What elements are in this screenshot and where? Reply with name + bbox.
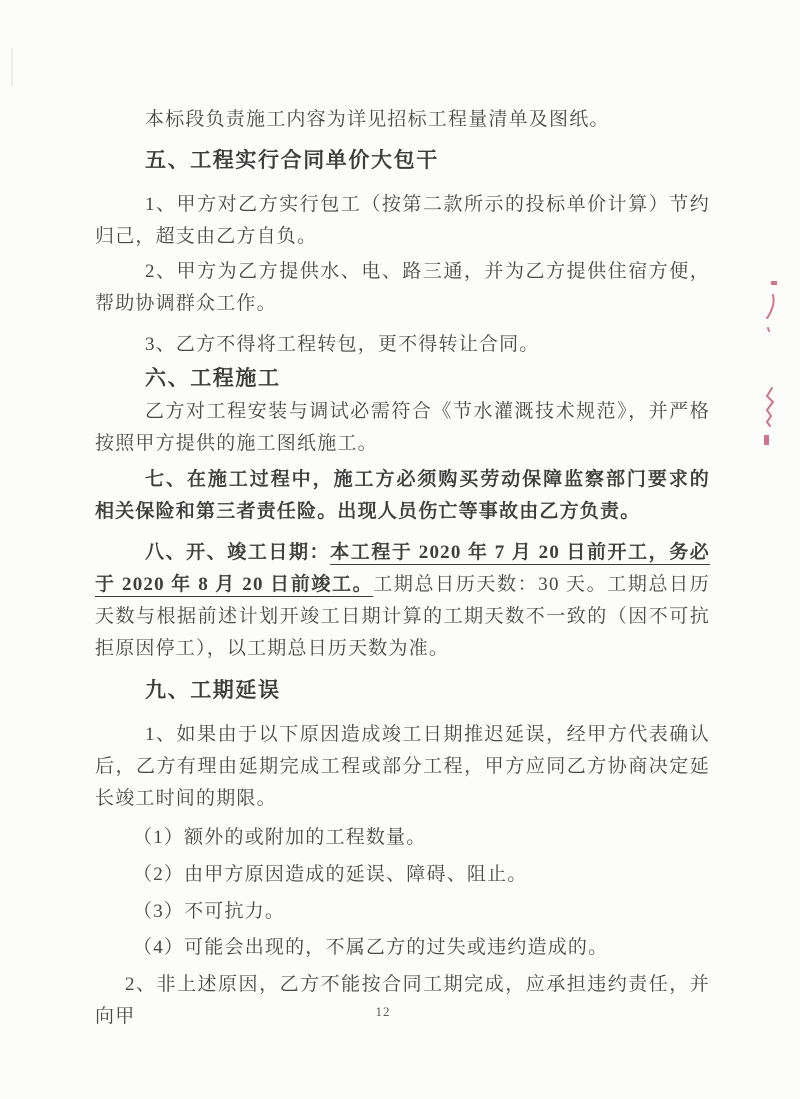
clause-9-para-1: 1、如果由于以下原因造成竣工日期推迟延误，经甲方代表确认后，乙方有理由延期完成工…	[95, 719, 710, 815]
scan-artifact-line	[11, 48, 13, 86]
red-ink-marks	[745, 272, 790, 457]
delay-cause-2: （2）由甲方原因造成的延误、障碍、阻止。	[95, 859, 710, 891]
scanned-contract-page: 本标段负责施工内容为详见招标工程量清单及图纸。 五、工程实行合同单价大包干 1、…	[0, 0, 800, 1099]
heading-section-6: 六、工程施工	[95, 362, 710, 394]
contract-text-block: 本标段负责施工内容为详见招标工程量清单及图纸。 五、工程实行合同单价大包干 1、…	[95, 104, 710, 1033]
red-ink-stroke	[767, 295, 774, 318]
heading-section-9: 九、工期延误	[95, 674, 710, 706]
clause-5-item-3: 3、乙方不得将工程转包，更不得转让合同。	[95, 329, 710, 361]
clause-5-item-2: 2、甲方为乙方提供水、电、路三通，并为乙方提供住宿方便，帮助协调群众工作。	[95, 256, 710, 320]
heading-section-5: 五、工程实行合同单价大包干	[95, 144, 710, 176]
clause-7: 七、在施工过程中，施工方必须购买劳动保障监察部门要求的相关保险和第三者责任险。出…	[95, 464, 710, 528]
red-ink-dot	[768, 328, 769, 331]
delay-cause-3: （3）不可抗力。	[95, 896, 710, 928]
delay-cause-4: （4）可能会出现的，不属乙方的过失或违约造成的。	[95, 932, 710, 964]
clause-5-item-1: 1、甲方对乙方实行包工（按第二款所示的投标单价计算）节约归己，超支由乙方自负。	[95, 189, 710, 253]
paragraph-intro: 本标段负责施工内容为详见招标工程量清单及图纸。	[95, 104, 710, 136]
clause-6-body: 乙方对工程安装与调试必需符合《节水灌溉技术规范》，并严格按照甲方提供的施工图纸施…	[95, 396, 710, 460]
red-ink-blob	[764, 435, 769, 445]
clause-8-label: 八、开、竣工日期：	[145, 542, 330, 563]
delay-cause-1: （1）额外的或附加的工程数量。	[95, 822, 710, 854]
clause-9-para-2: 2、非上述原因，乙方不能按合同工期完成，应承担违约责任，并向甲	[95, 969, 710, 1033]
red-ink-squiggle	[767, 388, 773, 426]
clause-8: 八、开、竣工日期：本工程于 2020 年 7 月 20 日前开工，务必于 202…	[95, 537, 710, 665]
page-number: 12	[0, 1002, 766, 1022]
red-ink-dash	[771, 281, 777, 285]
